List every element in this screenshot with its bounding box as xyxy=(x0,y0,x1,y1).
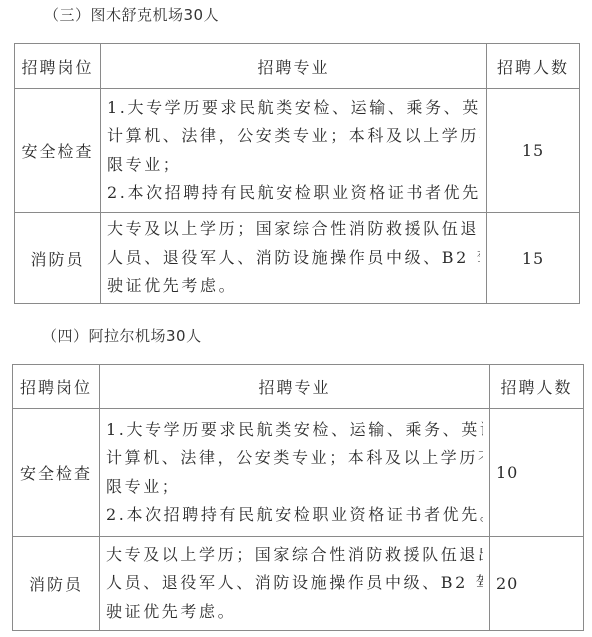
table-row-firefighter: 消防员 大专及以上学历；国家综合性消防救援队伍退出 人员、退役军人、消防设施操作… xyxy=(13,537,584,631)
header-count: 招聘人数 xyxy=(487,44,580,89)
requirement-line: 大专及以上学历；国家综合性消防救援队伍退出 xyxy=(107,215,480,244)
count-cell: 20 xyxy=(490,537,584,631)
section-heading-tumxuk-airport: （三）图木舒克机场30人 xyxy=(44,4,219,25)
section-heading-aral-airport: （四）阿拉尔机场30人 xyxy=(42,325,202,346)
position-cell: 安全检查 xyxy=(15,89,101,213)
position-cell: 消防员 xyxy=(15,213,101,304)
header-position: 招聘岗位 xyxy=(15,44,101,89)
requirement-line: 驶证优先考虑。 xyxy=(107,272,480,301)
header-position: 招聘岗位 xyxy=(13,365,100,409)
requirement-line: 1.大专学历要求民航类安检、运输、乘务、英语、 xyxy=(106,416,483,445)
count-cell: 15 xyxy=(487,89,580,213)
recruitment-table-aral: 招聘岗位 招聘专业 招聘人数 安全检查 1.大专学历要求民航类安检、运输、乘务、… xyxy=(12,364,584,631)
requirement-line: 1.大专学历要求民航类安检、运输、乘务、英语、 xyxy=(107,94,480,123)
requirements-cell: 大专及以上学历；国家综合性消防救援队伍退出 人员、退役军人、消防设施操作员中级、… xyxy=(101,213,487,304)
requirement-line: 计算机、法律，公安类专业；本科及以上学历不 xyxy=(106,444,483,473)
requirement-line: 限专业； xyxy=(106,473,483,502)
requirement-line: 驶证优先考虑。 xyxy=(106,598,483,627)
requirement-line: 计算机、法律，公安类专业；本科及以上学历不 xyxy=(107,122,480,151)
requirements-cell: 大专及以上学历；国家综合性消防救援队伍退出 人员、退役军人、消防设施操作员中级、… xyxy=(100,537,490,631)
position-cell: 安全检查 xyxy=(13,409,100,537)
table-header-row: 招聘岗位 招聘专业 招聘人数 xyxy=(15,44,580,89)
requirements-cell: 1.大专学历要求民航类安检、运输、乘务、英语、 计算机、法律，公安类专业；本科及… xyxy=(101,89,487,213)
requirement-line: 人员、退役军人、消防设施操作员中级、B2 驾 xyxy=(106,569,483,598)
table-row-security: 安全检查 1.大专学历要求民航类安检、运输、乘务、英语、 计算机、法律，公安类专… xyxy=(13,409,584,537)
requirement-line: 2.本次招聘持有民航安检职业资格证书者优先。 xyxy=(106,501,483,530)
table-row-security: 安全检查 1.大专学历要求民航类安检、运输、乘务、英语、 计算机、法律，公安类专… xyxy=(15,89,580,213)
count-cell: 10 xyxy=(490,409,584,537)
header-count: 招聘人数 xyxy=(490,365,584,409)
position-cell: 消防员 xyxy=(13,537,100,631)
header-major: 招聘专业 xyxy=(101,44,487,89)
requirements-cell: 1.大专学历要求民航类安检、运输、乘务、英语、 计算机、法律，公安类专业；本科及… xyxy=(100,409,490,537)
header-major: 招聘专业 xyxy=(100,365,490,409)
requirement-line: 大专及以上学历；国家综合性消防救援队伍退出 xyxy=(106,541,483,570)
table-row-firefighter: 消防员 大专及以上学历；国家综合性消防救援队伍退出 人员、退役军人、消防设施操作… xyxy=(15,213,580,304)
count-cell: 15 xyxy=(487,213,580,304)
recruitment-table-tumxuk: 招聘岗位 招聘专业 招聘人数 安全检查 1.大专学历要求民航类安检、运输、乘务、… xyxy=(14,43,580,304)
requirement-line: 人员、退役军人、消防设施操作员中级、B2 驾 xyxy=(107,244,480,273)
requirement-line: 2.本次招聘持有民航安检职业资格证书者优先。 xyxy=(107,179,480,208)
table-header-row: 招聘岗位 招聘专业 招聘人数 xyxy=(13,365,584,409)
requirement-line: 限专业； xyxy=(107,151,480,180)
